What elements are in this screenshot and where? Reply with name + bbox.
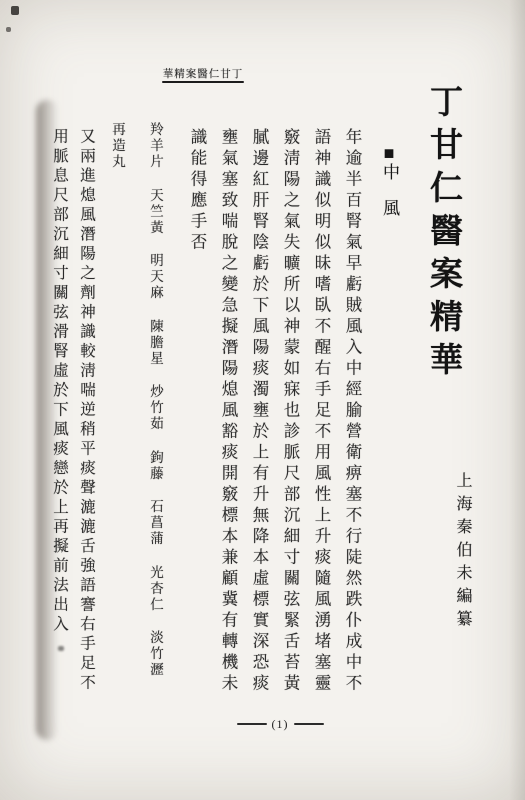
book-title: 丁甘仁醫案精華 [420, 84, 467, 414]
page-number-value: (1) [272, 717, 289, 732]
prescription-item: 再造丸 [110, 122, 125, 170]
section-marker-icon: ■ [379, 143, 399, 163]
followup-visit-text: 兩進熄風潛陽之劑神識較淸喘逆稍平痰聲漉漉舌強語謇右手足不用脈息尺部沉細寸關弦滑腎… [51, 128, 95, 694]
running-header: 丁甘仁醫案精華 [160, 66, 246, 81]
prescription-item: 炒竹茹 [148, 384, 163, 432]
scan-speck [6, 27, 11, 32]
scan-speck [11, 6, 19, 15]
prescription-item: 鉤藤 [148, 450, 163, 482]
prescription-item: 天竺黃 [148, 188, 163, 236]
running-header-rule [162, 81, 244, 83]
prescription-item: 淡竹瀝 [148, 630, 163, 678]
book-author: 上海秦伯未編纂 [451, 472, 474, 657]
section-title: 中風 [380, 163, 399, 235]
prescription-item: 石菖蒲 [148, 499, 163, 547]
page-number-rule [237, 723, 267, 725]
prescription-list: 羚羊片 天竺黃 明天麻 陳膽星 炒竹茹 鉤藤 石菖蒲 光杏仁 淡竹瀝 再造丸 [94, 122, 174, 702]
page-edge-shadow [509, 0, 525, 800]
prescription-item: 陳膽星 [148, 319, 163, 367]
case-text-first-visit: 年逾半百腎氣早虧賊風入中經腧營衛痹塞不行陡然跌仆成中不語神識似明似昧嗜臥不醒右手… [176, 128, 368, 704]
scanned-book-page: 丁甘仁醫案精華 丁甘仁醫案精華 上海秦伯未編纂 ■中風 年逾半百腎氣早虧賊風入中… [0, 0, 525, 800]
case-text-followup: 又兩進熄風潛陽之劑神識較淸喘逆稍平痰聲漉漉舌強語謇右手足不用脈息尺部沉細寸關弦滑… [42, 128, 100, 706]
section-heading: ■中風 [377, 143, 402, 273]
prescription-item: 明天麻 [148, 253, 163, 301]
prescription-item: 羚羊片 [148, 122, 163, 170]
prescription-item: 光杏仁 [148, 565, 163, 613]
followup-visit-marker: 又 [78, 128, 95, 148]
page-number-rule [294, 723, 324, 725]
page-number: (1) [220, 716, 340, 732]
